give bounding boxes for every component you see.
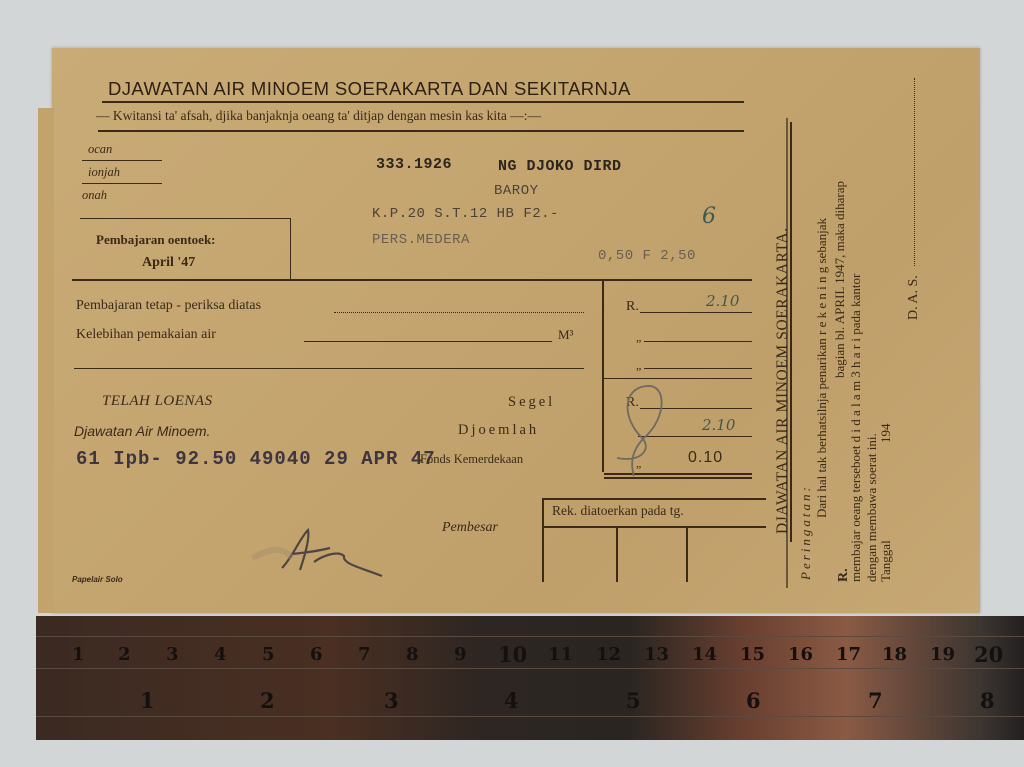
inch-mark: 7: [868, 688, 883, 713]
cash-machine-stamp: 61 Ipb- 92.50 49040 29 APR 47: [76, 448, 436, 470]
inch-mark: 8: [980, 688, 995, 713]
ruler: 1 2 3 4 5 6 7 8 9 10 11 12 13 14 15 16 1…: [36, 616, 1024, 740]
stamp-category: PERS.MEDERA: [372, 232, 470, 248]
paid-stamp-text: TELAH LOENAS: [102, 393, 213, 410]
office-name: Djawatan Air Minoem.: [74, 423, 210, 439]
djoemlah-label: Djoemlah: [458, 422, 539, 439]
cm-mark: 13: [644, 644, 669, 665]
document-title: DJAWATAN AIR MINOEM SOERAKARTA DAN SEKIT…: [108, 78, 631, 100]
ruler-edge: [36, 716, 1024, 717]
rek-box-top: [542, 498, 766, 500]
cm-mark: 16: [788, 644, 813, 665]
stamp-account-number: 333.1926: [376, 156, 452, 173]
pembesar-label: Pembesar: [442, 520, 498, 536]
rek-col-divider: [616, 528, 618, 582]
label-rule: [82, 160, 162, 161]
rek-box-mid: [544, 526, 766, 528]
inch-mark: 1: [140, 688, 155, 713]
section-rule: [72, 279, 752, 281]
cm-mark: 15: [740, 644, 765, 665]
tanggal-label: Tanggal: [878, 540, 894, 582]
printer-name: Papelair Solo: [72, 575, 123, 584]
counterfoil-line-3: membajar oeang terseboet d i d a l a m 3…: [848, 274, 864, 582]
row-excess-usage-line: [304, 341, 552, 342]
rek-box-left: [542, 498, 544, 582]
row-blank-line: [74, 368, 584, 369]
stamp-address: BAROY: [494, 183, 539, 199]
title-rule: [102, 101, 744, 103]
amount-column-divider: [602, 280, 604, 472]
label-ocan: ocan: [88, 142, 112, 157]
row-excess-usage-unit: M³: [558, 327, 573, 343]
cm-mark: 18: [882, 644, 907, 665]
document-subtitle: — Kwitansi ta' afsah, djika banjaknja oe…: [96, 108, 541, 124]
rek-label: Rek. diatoerkan pada tg.: [552, 503, 684, 519]
label-ionjah: ionjah: [88, 165, 120, 180]
stamp-rate: 0,50 F 2,50: [598, 248, 696, 264]
cm-mark: 11: [548, 644, 573, 665]
counterfoil-heading-rule: [790, 122, 792, 542]
inch-mark: 5: [626, 688, 641, 713]
subtitle-rule: [98, 130, 744, 132]
cm-mark: 5: [262, 644, 275, 665]
cm-mark: 4: [214, 644, 227, 665]
inch-mark: 6: [746, 688, 761, 713]
segel-label: Segel: [508, 394, 555, 411]
pencil-scribble: [612, 378, 682, 478]
row-excess-usage-prefix: „: [636, 330, 641, 345]
receipt-document: DJAWATAN AIR MINOEM SOERAKARTA DAN SEKIT…: [52, 48, 980, 613]
row-fixed-payment-value: 2.10: [706, 292, 739, 310]
ruler-edge: [36, 668, 1024, 669]
inch-mark: 4: [504, 688, 519, 713]
counterfoil-year: 194: [878, 424, 894, 444]
row-fixed-payment-prefix: R.: [626, 299, 639, 315]
cm-mark: 10: [498, 642, 527, 667]
cm-mark: 6: [310, 644, 323, 665]
cm-mark: 8: [406, 644, 419, 665]
amount-line: [644, 341, 752, 342]
row-fixed-payment-line: [334, 312, 584, 313]
amount-line: [640, 312, 752, 313]
cm-mark: 19: [930, 644, 955, 665]
amount-line: [644, 368, 752, 369]
cm-mark: 20: [974, 642, 1003, 667]
handwritten-mark: 6: [702, 204, 716, 229]
row-blank-prefix: „: [636, 358, 641, 373]
counterfoil-line-1: Dari hal tak berhatsilnja penarikan r e …: [814, 218, 830, 518]
payment-for-value: April '47: [142, 255, 195, 271]
das-signature-line: [914, 78, 915, 266]
cm-mark: 12: [596, 644, 621, 665]
row-excess-usage-label: Kelebihan pemakaian air: [76, 327, 216, 343]
peringatan-label: Peringatan:: [798, 484, 814, 580]
cm-mark: 17: [836, 644, 861, 665]
das-label: D. A. S.: [906, 275, 922, 320]
stamp-customer-name: NG DJOKO DIRD: [498, 158, 622, 175]
counterfoil-line-2: bagian bl. APRIL 1947, maka diharap: [832, 181, 848, 378]
ruler-edge: [36, 636, 1024, 637]
rek-col-divider: [686, 528, 688, 582]
stamp-meter-info: K.P.20 S.T.12 HB F2.-: [372, 206, 559, 222]
fonds-label: Fonds Kemerdekaan: [420, 452, 523, 467]
payment-for-label: Pembajaran oentoek:: [96, 232, 216, 248]
cm-mark: 2: [118, 644, 131, 665]
row-fixed-payment-label: Pembajaran tetap - periksa diatas: [76, 298, 261, 314]
cm-mark: 9: [454, 644, 467, 665]
inch-mark: 2: [260, 688, 275, 713]
cm-mark: 1: [72, 644, 85, 665]
cm-mark: 14: [692, 644, 717, 665]
signature: [252, 518, 412, 588]
fonds-value: 0.10: [688, 449, 723, 467]
label-rule: [82, 183, 162, 184]
cm-mark: 3: [166, 644, 179, 665]
djoemlah-value: 2.10: [702, 416, 735, 434]
label-onah: onah: [82, 188, 107, 203]
cm-mark: 7: [358, 644, 371, 665]
inch-mark: 3: [384, 688, 399, 713]
